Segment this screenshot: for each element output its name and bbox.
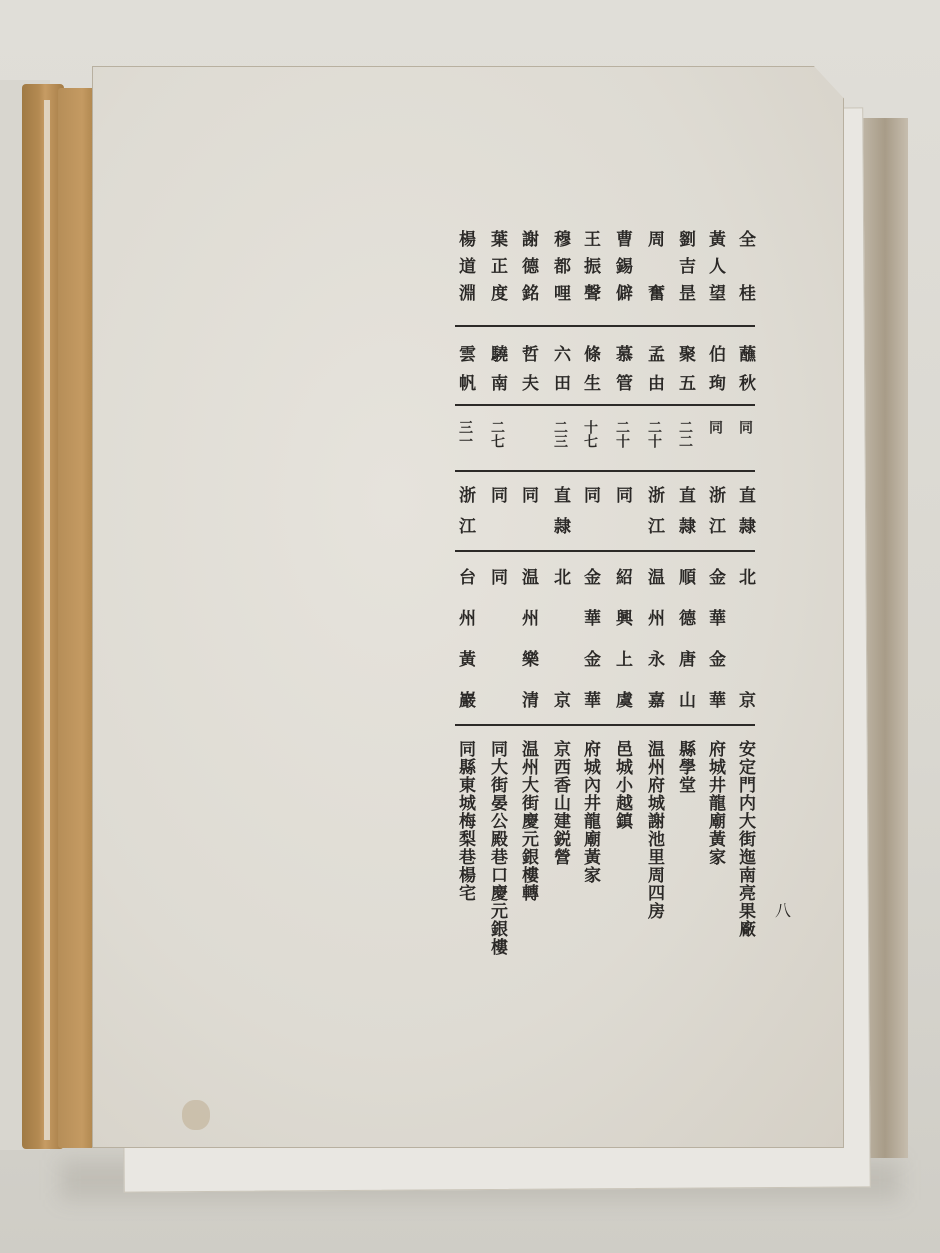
cell-courtesy: 雲帆 bbox=[456, 345, 474, 403]
cell-hometown: 金華金華 bbox=[581, 568, 599, 732]
cell-hometown: 金華金華 bbox=[706, 568, 724, 732]
paper-stain bbox=[182, 1100, 210, 1130]
cell-name: 穆都哩 bbox=[551, 230, 569, 311]
cell-address: 安定門内大街迤南亮果廠 bbox=[736, 740, 754, 938]
cell-courtesy: 驍南 bbox=[488, 345, 506, 403]
page-number: 八 bbox=[775, 898, 791, 921]
table-rule bbox=[455, 470, 755, 472]
cell-courtesy: 六田 bbox=[551, 345, 569, 403]
cell-province: 同 bbox=[581, 486, 599, 517]
cell-address: 府城井龍廟黃家 bbox=[706, 740, 724, 866]
table-rule bbox=[455, 404, 755, 406]
cell-age: 同 bbox=[706, 420, 724, 434]
cell-address: 温州大街慶元銀樓轉 bbox=[519, 740, 537, 902]
cell-age: 二十 bbox=[613, 420, 631, 448]
cell-courtesy: 慕管 bbox=[613, 345, 631, 403]
table-rule bbox=[455, 724, 755, 726]
cell-age: 十七 bbox=[581, 420, 599, 448]
cell-age: 二三 bbox=[551, 420, 569, 448]
cell-address: 縣學堂 bbox=[676, 740, 694, 794]
cell-age: 同 bbox=[736, 420, 754, 434]
cell-hometown: 温州永嘉 bbox=[645, 568, 663, 732]
cell-address: 同縣東城梅梨巷楊宅 bbox=[456, 740, 474, 902]
cell-address: 府城內井龍廟黃家 bbox=[581, 740, 599, 884]
cell-name: 黃人望 bbox=[706, 230, 724, 311]
cell-hometown: 温州樂清 bbox=[519, 568, 537, 732]
cell-courtesy: 哲夫 bbox=[519, 345, 537, 403]
cell-name: 周 奮 bbox=[645, 230, 663, 311]
spine-crack bbox=[44, 100, 50, 1140]
cell-age: 二七 bbox=[488, 420, 506, 448]
table-rule bbox=[455, 325, 755, 327]
cell-hometown: 同 bbox=[488, 568, 506, 609]
cell-courtesy: 條生 bbox=[581, 345, 599, 403]
cell-name: 曹錫僻 bbox=[613, 230, 631, 311]
cell-province: 直隷 bbox=[551, 486, 569, 548]
cell-province: 浙江 bbox=[456, 486, 474, 548]
cell-province: 直隷 bbox=[676, 486, 694, 548]
cell-name: 劉吉昰 bbox=[676, 230, 694, 311]
cell-hometown: 順德唐山 bbox=[676, 568, 694, 732]
cell-province: 同 bbox=[488, 486, 506, 517]
cell-name: 楊道淵 bbox=[456, 230, 474, 311]
cell-age: 二十 bbox=[645, 420, 663, 448]
cell-address: 同大街晏公殿巷口慶元銀樓 bbox=[488, 740, 506, 956]
cell-province: 浙江 bbox=[706, 486, 724, 548]
cell-courtesy: 聚五 bbox=[676, 345, 694, 403]
cell-name: 全 桂 bbox=[736, 230, 754, 311]
table-rule bbox=[455, 550, 755, 552]
cell-courtesy: 伯珣 bbox=[706, 345, 724, 403]
cell-province: 同 bbox=[519, 486, 537, 517]
cell-hometown: 北 京 bbox=[736, 568, 754, 732]
cell-province: 浙江 bbox=[645, 486, 663, 548]
cell-hometown: 台州黃巖 bbox=[456, 568, 474, 732]
cell-address: 邑城小越鎮 bbox=[613, 740, 631, 830]
cell-name: 王振聲 bbox=[581, 230, 599, 311]
cell-courtesy: 蘸秋 bbox=[736, 345, 754, 403]
cell-age: 二二 bbox=[676, 420, 694, 448]
cell-name: 葉正度 bbox=[488, 230, 506, 311]
cell-hometown: 北 京 bbox=[551, 568, 569, 732]
cell-province: 同 bbox=[613, 486, 631, 517]
cell-courtesy: 孟由 bbox=[645, 345, 663, 403]
cell-hometown: 紹興上虞 bbox=[613, 568, 631, 732]
cell-name: 謝德銘 bbox=[519, 230, 537, 311]
cell-address: 京西香山建鋭營 bbox=[551, 740, 569, 866]
cell-province: 直隷 bbox=[736, 486, 754, 548]
cell-address: 温州府城謝池里周四房 bbox=[645, 740, 663, 920]
cell-age: 三一 bbox=[456, 420, 474, 448]
